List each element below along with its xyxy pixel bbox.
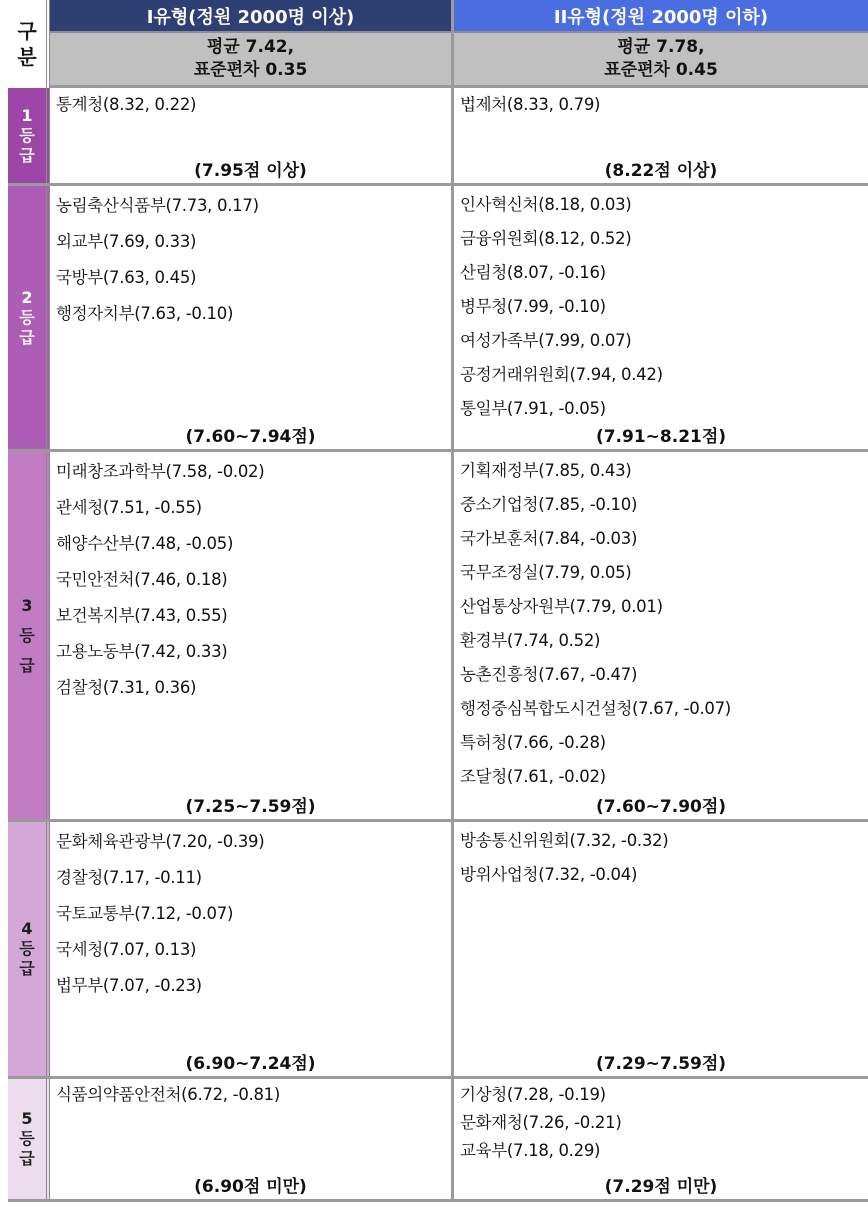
agency-item: 방송통신위원회(7.32, -0.32): [460, 824, 868, 858]
type1-title: I유형(정원 2000명 이상): [50, 0, 451, 33]
grade-row-2: 2 등 급 농림축산식품부(7.73, 0.17) 외교부(7.69, 0.33…: [8, 186, 868, 452]
agency-item: 검찰청(7.31, 0.36): [56, 670, 451, 706]
grade-char: 급: [19, 959, 34, 979]
type1-header: I유형(정원 2000명 이상) 평균 7.42, 표준편차 0.35: [50, 0, 454, 88]
agency-item: 국토교통부(7.12, -0.07): [56, 896, 451, 932]
grade-2-type1-cell: 농림축산식품부(7.73, 0.17) 외교부(7.69, 0.33) 국방부(…: [50, 186, 454, 449]
grade-number: 1: [21, 106, 32, 126]
agency-item: 식품의약품안전처(6.72, -0.81): [56, 1081, 451, 1109]
agency-item: 법제처(8.33, 0.79): [460, 90, 868, 120]
grade-2-type2-cell: 인사혁신처(8.18, 0.03) 금융위원회(8.12, 0.52) 산림청(…: [454, 186, 868, 449]
grade-label-1: 1 등 급: [8, 88, 50, 183]
grade-number: 4: [21, 919, 32, 939]
grade-4-type1-cell: 문화체육관광부(7.20, -0.39) 경찰청(7.17, -0.11) 국토…: [50, 822, 454, 1076]
agency-item: 병무청(7.99, -0.10): [460, 290, 868, 324]
grade-row-4: 4 등 급 문화체육관광부(7.20, -0.39) 경찰청(7.17, -0.…: [8, 822, 868, 1079]
agency-item: 통일부(7.91, -0.05): [460, 392, 868, 426]
type2-stats: 평균 7.78, 표준편차 0.45: [454, 33, 868, 88]
grade-table: 구 분 I유형(정원 2000명 이상) 평균 7.42, 표준편차 0.35 …: [8, 0, 868, 1202]
agency-item: 인사혁신처(8.18, 0.03): [460, 188, 868, 222]
grade-4-type2-cell: 방송통신위원회(7.32, -0.32) 방위사업청(7.32, -0.04) …: [454, 822, 868, 1076]
type1-mean: 평균 7.42,: [207, 36, 294, 59]
grade-2-type2-range: (7.91~8.21점): [454, 427, 868, 447]
grade-1-type1-cell: 통계청(8.32, 0.22) (7.95점 이상): [50, 88, 454, 183]
agency-item: 조달청(7.61, -0.02): [460, 760, 868, 794]
header-row: 구 분 I유형(정원 2000명 이상) 평균 7.42, 표준편차 0.35 …: [8, 0, 868, 88]
grade-1-type2-range: (8.22점 이상): [454, 161, 868, 181]
grade-label-2: 2 등 급: [8, 186, 50, 449]
agency-item: 국무조정실(7.79, 0.05): [460, 556, 868, 590]
type1-stats: 평균 7.42, 표준편차 0.35: [50, 33, 451, 88]
grade-char: 급: [19, 146, 34, 166]
agency-item: 문화체육관광부(7.20, -0.39): [56, 824, 451, 860]
agency-item: 공정거래위원회(7.94, 0.42): [460, 358, 868, 392]
grade-char: 등: [19, 308, 34, 328]
agency-item: 관세청(7.51, -0.55): [56, 490, 451, 526]
agency-item: 중소기업청(7.85, -0.10): [460, 488, 868, 522]
grade-3-type2-cell: 기획재정부(7.85, 0.43) 중소기업청(7.85, -0.10) 국가보…: [454, 452, 868, 819]
grade-char: 등: [19, 626, 34, 646]
agency-item: 행정자치부(7.63, -0.10): [56, 296, 451, 332]
agency-item: 문화재청(7.26, -0.21): [460, 1109, 868, 1137]
agency-item: 국세청(7.07, 0.13): [56, 932, 451, 968]
agency-item: 농촌진흥청(7.67, -0.47): [460, 658, 868, 692]
agency-item: 국방부(7.63, 0.45): [56, 260, 451, 296]
grade-char: 등: [19, 126, 34, 146]
grade-char: 급: [19, 656, 34, 676]
grade-label-3: 3 등 급: [8, 452, 50, 819]
grade-char: 급: [19, 328, 34, 348]
agency-item: 교육부(7.18, 0.29): [460, 1137, 868, 1165]
grade-char: 등: [19, 939, 34, 959]
agency-item: 경찰청(7.17, -0.11): [56, 860, 451, 896]
grade-label-4: 4 등 급: [8, 822, 50, 1076]
type2-mean: 평균 7.78,: [617, 36, 704, 59]
grade-5-type1-cell: 식품의약품안전처(6.72, -0.81) (6.90점 미만): [50, 1079, 454, 1199]
grade-number: 3: [21, 596, 32, 616]
agency-item: 기획재정부(7.85, 0.43): [460, 454, 868, 488]
grade-number: 2: [21, 288, 32, 308]
agency-item: 미래창조과학부(7.58, -0.02): [56, 454, 451, 490]
agency-item: 특허청(7.66, -0.28): [460, 726, 868, 760]
agency-item: 산림청(8.07, -0.16): [460, 256, 868, 290]
grade-label-5: 5 등 급: [8, 1079, 50, 1199]
grade-5-type1-range: (6.90점 미만): [50, 1177, 451, 1197]
grade-3-type1-range: (7.25~7.59점): [50, 797, 451, 817]
grade-char: 급: [19, 1149, 34, 1169]
agency-item: 여성가족부(7.99, 0.07): [460, 324, 868, 358]
type1-std: 표준편차 0.35: [194, 59, 308, 82]
grade-char: 등: [19, 1129, 34, 1149]
category-header: 구 분: [8, 0, 50, 88]
grade-4-type2-range: (7.29~7.59점): [454, 1054, 868, 1074]
agency-item: 보건복지부(7.43, 0.55): [56, 598, 451, 634]
agency-item: 해양수산부(7.48, -0.05): [56, 526, 451, 562]
agency-item: 외교부(7.69, 0.33): [56, 224, 451, 260]
type2-std: 표준편차 0.45: [604, 59, 718, 82]
grade-5-type2-cell: 기상청(7.28, -0.19) 문화재청(7.26, -0.21) 교육부(7…: [454, 1079, 868, 1199]
agency-item: 행정중심복합도시건설청(7.67, -0.07): [460, 692, 868, 726]
category-header-char: 구: [17, 18, 36, 44]
grade-3-type2-range: (7.60~7.90점): [454, 797, 868, 817]
grade-1-type1-range: (7.95점 이상): [50, 161, 451, 181]
agency-item: 산업통상자원부(7.79, 0.01): [460, 590, 868, 624]
agency-item: 금융위원회(8.12, 0.52): [460, 222, 868, 256]
type2-header: II유형(정원 2000명 이하) 평균 7.78, 표준편차 0.45: [454, 0, 868, 88]
grade-3-type1-cell: 미래창조과학부(7.58, -0.02) 관세청(7.51, -0.55) 해양…: [50, 452, 454, 819]
agency-item: 법무부(7.07, -0.23): [56, 968, 451, 1004]
grade-row-1: 1 등 급 통계청(8.32, 0.22) (7.95점 이상) 법제처(8.3…: [8, 88, 868, 186]
agency-item: 방위사업청(7.32, -0.04): [460, 858, 868, 892]
agency-item: 환경부(7.74, 0.52): [460, 624, 868, 658]
agency-item: 국민안전처(7.46, 0.18): [56, 562, 451, 598]
agency-item: 기상청(7.28, -0.19): [460, 1081, 868, 1109]
grade-row-5: 5 등 급 식품의약품안전처(6.72, -0.81) (6.90점 미만) 기…: [8, 1079, 868, 1202]
agency-item: 농림축산식품부(7.73, 0.17): [56, 188, 451, 224]
grade-1-type2-cell: 법제처(8.33, 0.79) (8.22점 이상): [454, 88, 868, 183]
category-header-char: 분: [17, 44, 36, 70]
type2-title: II유형(정원 2000명 이하): [454, 0, 868, 33]
agency-item: 고용노동부(7.42, 0.33): [56, 634, 451, 670]
grade-row-3: 3 등 급 미래창조과학부(7.58, -0.02) 관세청(7.51, -0.…: [8, 452, 868, 822]
grade-number: 5: [21, 1109, 32, 1129]
agency-item: 국가보훈처(7.84, -0.03): [460, 522, 868, 556]
grade-4-type1-range: (6.90~7.24점): [50, 1054, 451, 1074]
agency-item: 통계청(8.32, 0.22): [56, 90, 451, 120]
grade-2-type1-range: (7.60~7.94점): [50, 427, 451, 447]
grade-5-type2-range: (7.29점 미만): [454, 1177, 868, 1197]
